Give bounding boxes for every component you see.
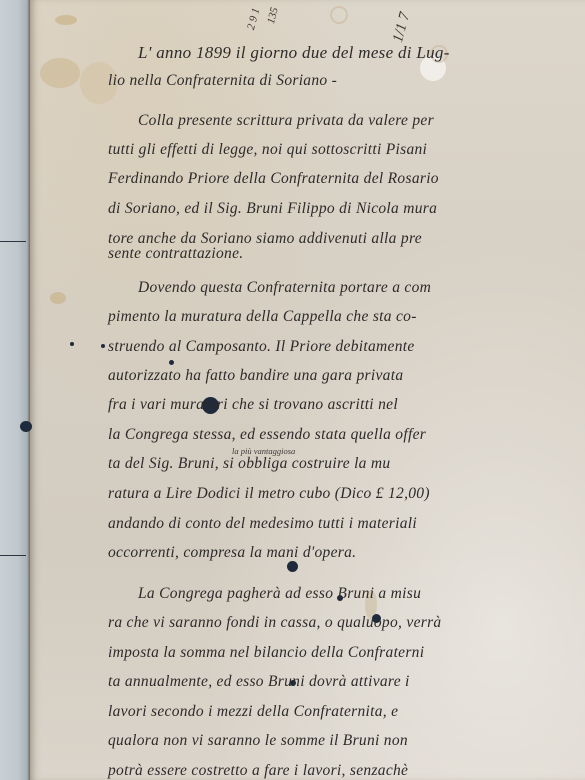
ink-dot bbox=[101, 344, 105, 348]
text-line: pimento la muratura della Cappella che s… bbox=[108, 308, 417, 326]
text-line: imposta la somma nel bilancio della Conf… bbox=[108, 644, 424, 662]
foxing-stain bbox=[55, 15, 77, 25]
text-line: lavori secondo i mezzi della Confraterni… bbox=[108, 703, 398, 721]
binding-crease bbox=[0, 555, 26, 556]
archive-mark: 135 bbox=[265, 6, 281, 25]
archive-mark: 2 9 1 bbox=[245, 7, 262, 31]
archive-mark: 1/1 7 bbox=[390, 11, 414, 45]
ink-dot bbox=[70, 342, 74, 346]
text-line: Colla presente scrittura privata da vale… bbox=[138, 112, 434, 130]
text-line: ta annualmente, ed esso Bruni dovrà atti… bbox=[108, 673, 410, 691]
text-line: Ferdinando Priore della Confraternita de… bbox=[108, 170, 439, 188]
text-line: struendo al Camposanto. Il Priore debita… bbox=[108, 338, 415, 356]
text-line: L' anno 1899 il giorno due del mese di L… bbox=[138, 43, 450, 63]
text-line: lio nella Confraternita di Soriano - bbox=[108, 72, 337, 90]
text-line: qualora non vi saranno le somme il Bruni… bbox=[108, 732, 408, 750]
text-line: autorizzato ha fatto bandire una gara pr… bbox=[108, 367, 403, 385]
text-line: potrà essere costretto a fare i lavori, … bbox=[108, 762, 408, 780]
ring-stain bbox=[330, 6, 348, 24]
text-line: tutti gli effetti di legge, noi qui sott… bbox=[108, 141, 427, 159]
text-line: la Congrega stessa, ed essendo stata que… bbox=[108, 426, 426, 444]
ink-blot bbox=[287, 561, 298, 572]
text-line: fra i vari muratori che si trovano ascri… bbox=[108, 396, 398, 414]
text-line: di Soriano, ed il Sig. Bruni Filippo di … bbox=[108, 200, 437, 218]
text-line: ta del Sig. Bruni, si obbliga costruire … bbox=[108, 455, 390, 473]
binding-crease bbox=[0, 241, 26, 242]
foxing-stain bbox=[50, 292, 66, 304]
text-line: occorrenti, compresa la mani d'opera. bbox=[108, 544, 356, 562]
text-line: sente contrattazione. bbox=[108, 245, 243, 263]
text-line: andando di conto del medesimo tutti i ma… bbox=[108, 515, 417, 533]
document-page: 2 9 1 135 1/1 7 L' anno 1899 il giorno d… bbox=[30, 0, 585, 780]
text-line: ratura a Lire Dodici il metro cubo (Dico… bbox=[108, 485, 430, 503]
text-line: ra che vi saranno fondi in cassa, o qual… bbox=[108, 614, 441, 632]
ink-blot bbox=[20, 421, 32, 432]
text-line: Dovendo questa Confraternita portare a c… bbox=[138, 279, 431, 297]
text-line: La Congrega pagherà ad esso Bruni a misu bbox=[138, 585, 421, 603]
book-binding bbox=[0, 0, 30, 780]
foxing-stain bbox=[40, 58, 80, 88]
ink-dot bbox=[169, 360, 174, 365]
